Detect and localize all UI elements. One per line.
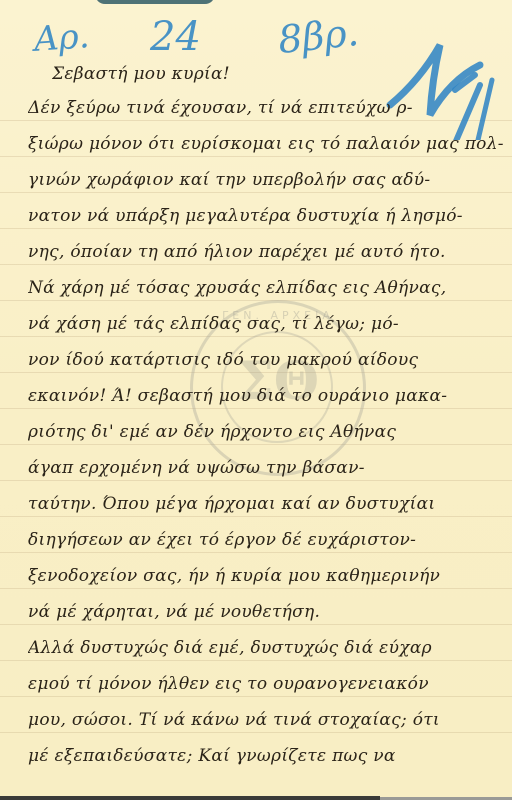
letter-line: νά χάση μέ τάς ελπίδας σας, τί λέγω; μό- — [28, 314, 504, 334]
letter-line: Νά χάρη μέ τόσας χρυσάς ελπίδας εις Αθήν… — [28, 278, 504, 298]
scan-bottom-edge — [0, 796, 380, 800]
letter-line: νον ίδού κατάρτισις ιδό του μακρού αίδου… — [28, 350, 504, 370]
annotation-number: 24 — [150, 14, 201, 60]
ruled-line — [0, 624, 512, 625]
ruled-line — [0, 264, 512, 265]
ruled-line — [0, 732, 512, 733]
letter-line: νά μέ χάρηται, νά μέ νουθετήση. — [28, 602, 504, 622]
ruled-line — [0, 588, 512, 589]
ruled-line — [0, 516, 512, 517]
letter-line: διηγήσεων αν έχει τό έργον δέ ευχάριστον… — [28, 530, 504, 550]
ruled-line — [0, 228, 512, 229]
scan-edge-shadow — [95, 0, 215, 4]
ruled-line — [0, 660, 512, 661]
letter-line: μου, σώσοι. Τί νά κάνω νά τινά στοχαίας;… — [28, 710, 504, 730]
letter-line: Δέν ξεύρω τινά έχουσαν, τί νά επιτεύχω ρ… — [28, 98, 504, 118]
letter-line: νατον νά υπάρξη μεγαλυτέρα δυστυχία ή λη… — [28, 206, 504, 226]
letter-line: μέ εξεπαιδεύσατε; Καί γνωρίζετε πως να — [28, 746, 504, 766]
letter-line: εμού τί μόνον ήλθεν εις το ουρανογενειακ… — [28, 674, 504, 694]
ruled-line — [0, 192, 512, 193]
letter-line: Αλλά δυστυχώς διά εμέ, δυστυχώς διά εύχα… — [28, 638, 504, 658]
ruled-line — [0, 480, 512, 481]
letter-line: ταύτην. Όπου μέγα ήρχομαι καί αν δυστυχί… — [28, 494, 504, 514]
salutation: Σεβαστή μου κυρία! — [52, 64, 504, 84]
letter-line: άγαπ ερχομένη νά υψώσω την βάσαν- — [28, 458, 504, 478]
letter-line: ριότης δι' εμέ αν δέν ήρχοντο εις Αθήνας — [28, 422, 504, 442]
ruled-line — [0, 156, 512, 157]
ruled-line — [0, 696, 512, 697]
annotation-ref-prefix: Αρ. — [33, 16, 91, 60]
letter-line: ξιώρω μόνον ότι ευρίσκομαι εις τό παλαιό… — [28, 134, 504, 154]
letter-line: ξενοδοχείον σας, ήν ή κυρία μου καθημερι… — [28, 566, 504, 586]
annotation-month: 8βρ. — [276, 10, 361, 62]
letter-line: γινών χωράφιον καί την υπερβολήν σας αδύ… — [28, 170, 504, 190]
ruled-line — [0, 300, 512, 301]
letter-page: ΓΕΝ. ΑΡΧΕΙΑ ΣΘ Αρ. 24 8βρ. Σεβαστή μου κ… — [0, 0, 512, 800]
ruled-line — [0, 552, 512, 553]
letter-line: εκαινόν! Ά! σεβαστή μου διά το ουράνιο μ… — [28, 386, 504, 406]
letter-line: νης, όποίαν τη από ήλιον παρέχει μέ αυτό… — [28, 242, 504, 262]
